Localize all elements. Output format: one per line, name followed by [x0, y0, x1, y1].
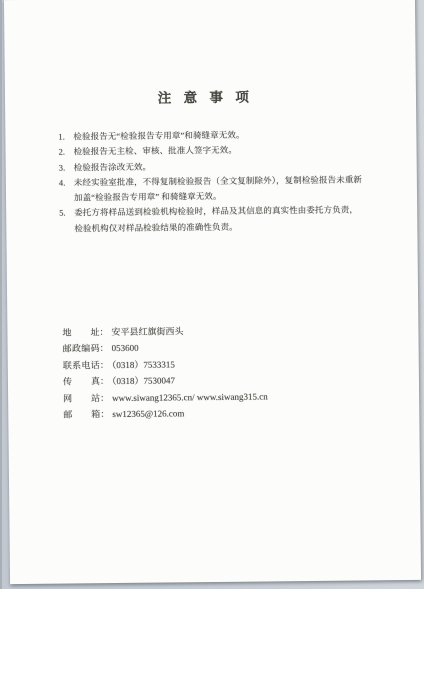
contact-colon: ： — [100, 343, 109, 353]
contact-value: www.siwang12365.cn/ www.siwang315.cn — [112, 391, 268, 403]
note-line: 检验报告无主检、审核、批准人签字无效。 — [73, 143, 237, 160]
note-line: 检验报告无“检验报告专用章”和骑缝章无效。 — [73, 128, 244, 145]
note-line: 未经实验室批准，不得复制检验报告（全文复制除外），复制检验报告未重新 — [74, 172, 362, 190]
note-text: 未经实验室批准，不得复制检验报告（全文复制除外），复制检验报告未重新 加盖“检验… — [74, 172, 362, 206]
contact-block: 地址：安平县红旗街西头 邮政编码：053600 联系电话：（0318）75333… — [62, 322, 268, 423]
note-number: 4. — [59, 175, 74, 206]
contact-value: （0318）7533315 — [112, 359, 175, 370]
note-text: 委托方将样品送到检验机构检验时，样品及其信息的真实性由委托方负责， 检验机构仅对… — [74, 203, 358, 237]
scanned-document-photo: 注 意 事 项 1. 检验报告无“检验报告专用章”和骑缝章无效。 2. 检验报告… — [0, 0, 424, 589]
note-line: 检验机构仅对样品检验结果的准确性负责。 — [74, 218, 358, 236]
note-number: 2. — [58, 145, 73, 160]
contact-colon: ： — [100, 393, 109, 403]
notes-list: 1. 检验报告无“检验报告专用章”和骑缝章无效。 2. 检验报告无主检、审核、批… — [58, 126, 379, 236]
contact-colon: ： — [100, 360, 109, 370]
contact-label: 传真 — [63, 373, 100, 390]
note-number: 5. — [59, 206, 74, 237]
note-text: 检验报告无“检验报告专用章”和骑缝章无效。 — [73, 128, 244, 145]
contact-row-email: 邮箱：sw12365@126.com — [63, 404, 268, 423]
contact-value: （0318）7530047 — [112, 376, 175, 387]
contact-label: 地址 — [62, 324, 99, 341]
contact-colon: ： — [100, 376, 109, 386]
note-item-5: 5. 委托方将样品送到检验机构检验时，样品及其信息的真实性由委托方负责， 检验机… — [59, 203, 379, 237]
note-text: 检验报告涂改无效。 — [74, 159, 152, 175]
contact-label: 网站 — [63, 390, 100, 407]
contact-label: 联系电话 — [63, 357, 100, 374]
note-line: 检验报告涂改无效。 — [74, 159, 152, 175]
page-title: 注 意 事 项 — [5, 84, 406, 108]
note-text: 检验报告无主检、审核、批准人签字无效。 — [73, 143, 237, 160]
contact-value: 安平县红旗街西头 — [111, 326, 183, 337]
document-page: 注 意 事 项 1. 检验报告无“检验报告专用章”和骑缝章无效。 2. 检验报告… — [4, 0, 421, 584]
note-number: 1. — [58, 129, 73, 144]
contact-colon: ： — [99, 327, 108, 337]
contact-colon: ： — [100, 409, 109, 419]
contact-row-website: 网站：www.siwang12365.cn/ www.siwang315.cn — [63, 388, 268, 407]
note-item-4: 4. 未经实验室批准，不得复制检验报告（全文复制除外），复制检验报告未重新 加盖… — [59, 172, 379, 206]
note-number: 3. — [59, 160, 74, 175]
note-line: 委托方将样品送到检验机构检验时，样品及其信息的真实性由委托方负责， — [74, 203, 358, 221]
contact-label: 邮政编码 — [63, 341, 100, 358]
contact-value: sw12365@126.com — [112, 408, 184, 419]
contact-label: 邮箱 — [63, 406, 100, 423]
contact-value: 053600 — [112, 343, 139, 353]
